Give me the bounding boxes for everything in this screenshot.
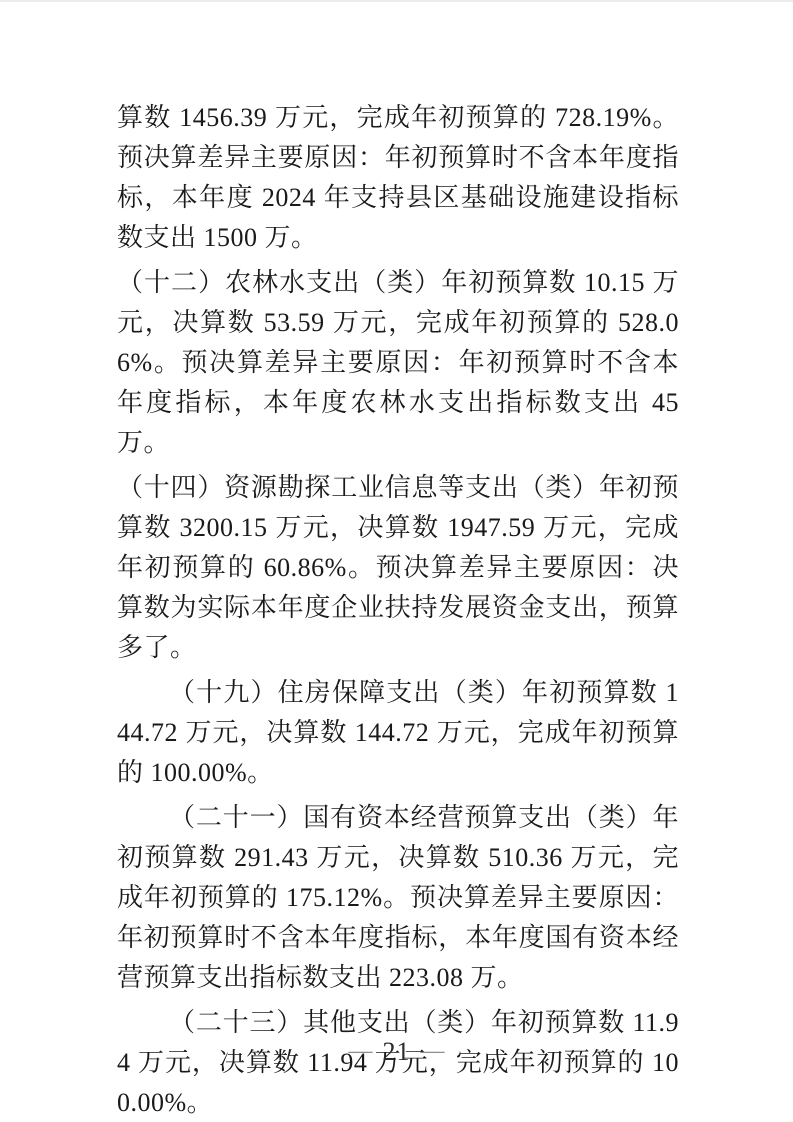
page-footer: —21— — [0, 1034, 793, 1069]
paragraph-item-12: （十二）农林水支出（类）年初预算数 10.15 万元，决算数 53.59 万元，… — [117, 263, 679, 463]
document-body: 算数 1456.39 万元，完成年初预算的 728.19%。预决算差异主要原因：… — [117, 98, 679, 1122]
footer-dash-left: — — [349, 1038, 373, 1064]
paragraph-item-14: （十四）资源勘探工业信息等支出（类）年初预算数 3200.15 万元，决算数 1… — [117, 468, 679, 668]
paragraph-continuation: 算数 1456.39 万元，完成年初预算的 728.19%。预决算差异主要原因：… — [117, 98, 679, 258]
page-number: 21 — [383, 1037, 411, 1066]
document-page: 算数 1456.39 万元，完成年初预算的 728.19%。预决算差异主要原因：… — [0, 0, 793, 1122]
paragraph-item-19: （十九）住房保障支出（类）年初预算数 144.72 万元，决算数 144.72 … — [117, 673, 679, 793]
footer-dash-right: — — [421, 1038, 445, 1064]
paragraph-item-21: （二十一）国有资本经营预算支出（类）年初预算数 291.43 万元，决算数 51… — [117, 798, 679, 998]
